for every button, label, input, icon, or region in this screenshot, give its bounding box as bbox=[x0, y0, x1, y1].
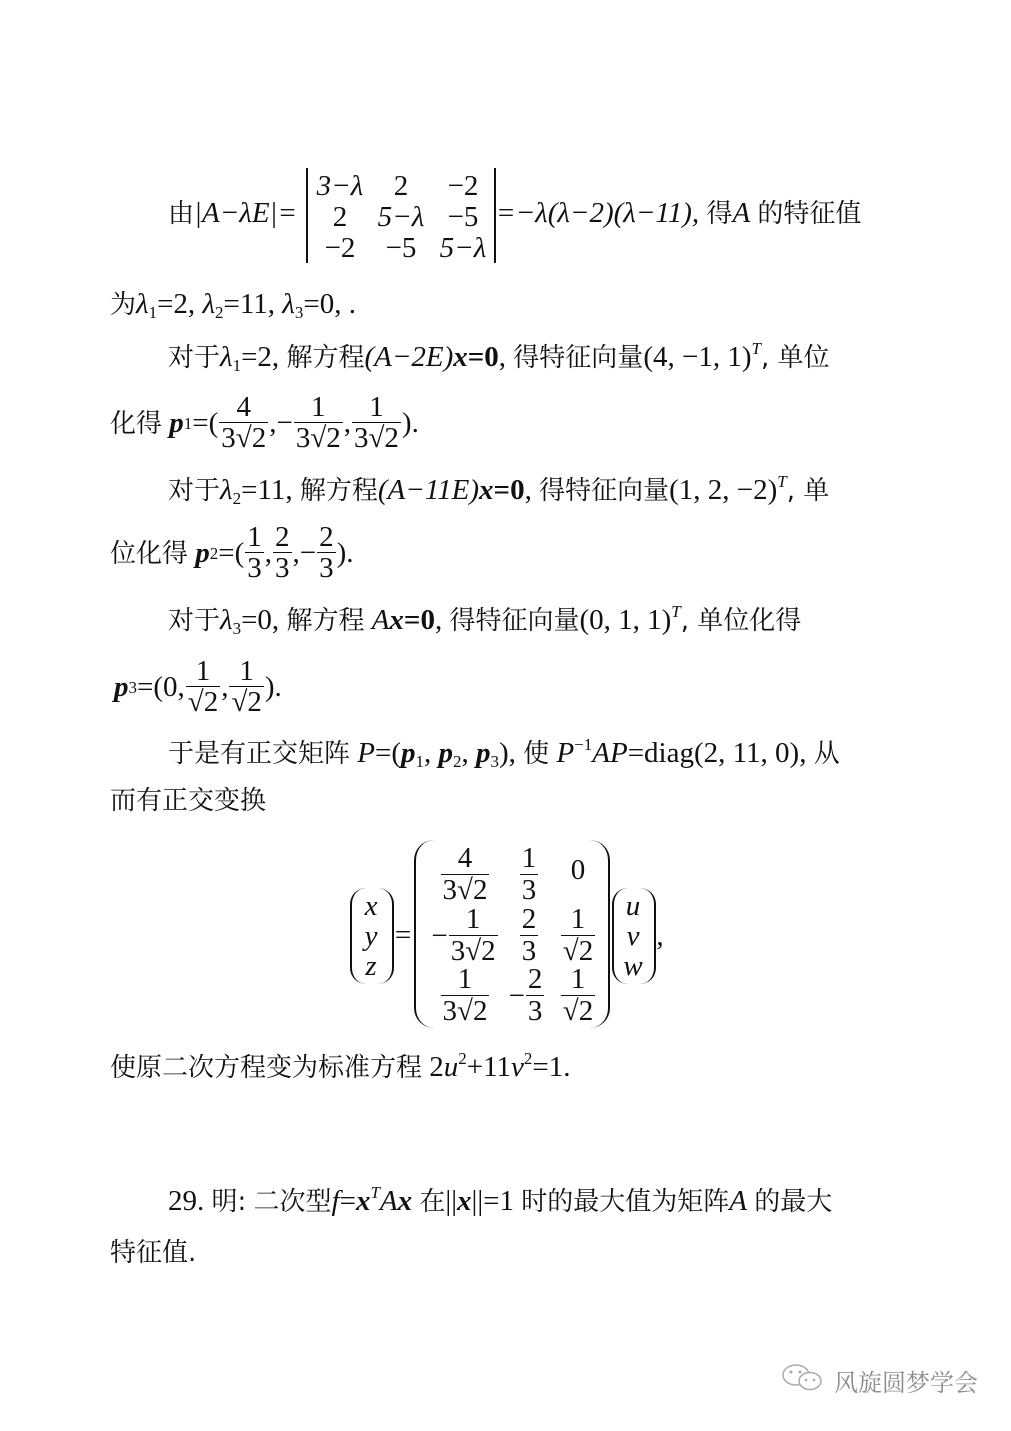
den: 3√2 bbox=[294, 422, 343, 455]
den: 3√2 bbox=[219, 422, 268, 455]
standard-eq: 2u2+11v2=1. bbox=[429, 1051, 570, 1083]
lambda: λ bbox=[282, 288, 295, 320]
den: 3 bbox=[245, 552, 264, 585]
zero: =0 bbox=[494, 474, 525, 506]
fraction: 13 bbox=[245, 522, 264, 585]
matrix-cell: 1√2 bbox=[556, 965, 600, 1027]
lead-text: 位化得 bbox=[110, 541, 188, 567]
lead-text: 化得 bbox=[110, 411, 162, 437]
lead-text: 对于 bbox=[168, 606, 220, 636]
eq: =0, bbox=[241, 604, 279, 636]
num: 4 bbox=[234, 392, 253, 422]
text: 二次型 bbox=[254, 1187, 332, 1217]
num: 1 bbox=[194, 656, 213, 686]
problem-29: 29. 明: 二次型f=xTAx 在||x||=1 时的最大值为矩阵A 的最大 bbox=[168, 1184, 832, 1216]
lhs-y: y bbox=[358, 922, 384, 950]
sub: 3 bbox=[129, 679, 138, 696]
det-cell: −5 bbox=[366, 232, 436, 265]
num: 1 bbox=[309, 392, 328, 422]
orthogonal-line2: 而有正交变换 bbox=[110, 788, 266, 814]
lhs-z: z bbox=[358, 952, 384, 980]
matrix-cell: 1√2 bbox=[556, 905, 600, 967]
system: A bbox=[372, 604, 390, 636]
var-a: A bbox=[729, 1185, 747, 1217]
fraction: 1√2 bbox=[186, 656, 220, 719]
matrix-cell: 13√2 bbox=[425, 965, 505, 1027]
eigenvector: (1, 2, −2) bbox=[669, 474, 777, 506]
solve-text: 解方程 bbox=[286, 606, 364, 636]
fraction: 1√2 bbox=[229, 656, 263, 719]
det-cell: 5−λ bbox=[366, 201, 436, 234]
fraction: 23 bbox=[317, 522, 336, 585]
den: √2 bbox=[229, 686, 263, 719]
det-cell: 2 bbox=[366, 170, 436, 203]
value: =11, bbox=[224, 288, 283, 320]
x-vec: x bbox=[453, 341, 468, 373]
lead-text: 对于 bbox=[168, 343, 220, 373]
p1-line: 化得 p1=( 43√2,−13√2,13√2). bbox=[110, 392, 419, 455]
value: =0, . bbox=[303, 288, 356, 320]
standard-text: 使原二次方程变为标准方程 bbox=[110, 1053, 422, 1083]
system: (A−2E) bbox=[364, 341, 453, 373]
sub: 1 bbox=[233, 356, 242, 375]
transpose: T bbox=[777, 472, 786, 491]
got-text: 得特征向量 bbox=[513, 343, 643, 373]
AP: AP bbox=[592, 737, 627, 769]
den: 3 bbox=[273, 552, 292, 585]
det-label: |A−λE|= bbox=[194, 197, 297, 229]
fraction: 13√2 bbox=[352, 392, 401, 455]
rhs-v: v bbox=[620, 922, 646, 950]
den: 3√2 bbox=[352, 422, 401, 455]
det-cell: −5 bbox=[428, 201, 498, 234]
problem-label: 明: bbox=[212, 1187, 247, 1217]
num: 2 bbox=[317, 522, 336, 552]
det-cell: 5−λ bbox=[428, 232, 498, 265]
x-vec: x bbox=[389, 604, 404, 636]
sub: 1 bbox=[184, 415, 193, 432]
p-vec: p bbox=[114, 673, 129, 702]
fraction: 43√2 bbox=[219, 392, 268, 455]
eigenvector: (0, 1, 1) bbox=[579, 604, 671, 636]
lead-text: 对于 bbox=[168, 476, 220, 506]
sub: 3 bbox=[233, 619, 242, 638]
got-text: 得特征向量 bbox=[449, 606, 579, 636]
matrix-cell: 13 bbox=[510, 845, 548, 905]
matrix-cell: 0 bbox=[556, 845, 600, 895]
lambda: λ bbox=[136, 288, 149, 320]
p-vec: p bbox=[169, 409, 184, 438]
transpose: T bbox=[671, 602, 680, 621]
lambda: λ bbox=[202, 288, 215, 320]
eq: =11, bbox=[241, 474, 293, 506]
lambda: λ bbox=[220, 341, 233, 373]
prefix-text: 为 bbox=[110, 290, 136, 320]
inv: −1 bbox=[574, 735, 592, 754]
first: (0, bbox=[153, 673, 184, 702]
lambda: λ bbox=[220, 474, 233, 506]
den: √2 bbox=[186, 686, 220, 719]
suffix-end: 的特征值 bbox=[757, 199, 861, 229]
tail: , 单位化得 bbox=[681, 606, 802, 636]
p3-line: p3=(0, 1√2,1√2). bbox=[114, 656, 282, 719]
lambda: λ bbox=[220, 604, 233, 636]
system: (A−11E) bbox=[378, 474, 479, 506]
sign: − bbox=[300, 539, 316, 568]
p2-line: 位化得 p2=( 13,23,−23). bbox=[110, 522, 354, 585]
lead-text: 于是有正交矩阵 bbox=[168, 739, 350, 769]
char-poly: =−λ(λ−2)(λ−11), bbox=[496, 197, 699, 229]
tail: 从 bbox=[814, 739, 840, 769]
matrix-cell: −13√2 bbox=[420, 905, 510, 967]
den: 3 bbox=[317, 552, 336, 585]
matrix-cell: −23 bbox=[502, 965, 552, 1027]
text: 时的最大值为矩阵 bbox=[521, 1187, 729, 1217]
matrix-cell: 43√2 bbox=[425, 845, 505, 905]
transpose: T bbox=[370, 1183, 379, 1202]
tail: , 单 bbox=[787, 476, 830, 506]
det-result: =−λ(λ−2)(λ−11), 得A 的特征值 bbox=[496, 199, 861, 228]
diag: =diag(2, 11, 0), bbox=[628, 737, 807, 769]
sub: 2 bbox=[215, 303, 224, 322]
text: 的最大 bbox=[754, 1187, 832, 1217]
watermark: 风旋圆梦学会 bbox=[780, 1362, 978, 1399]
num: 1 bbox=[245, 522, 264, 552]
problem-29-line2: 特征值. bbox=[110, 1240, 196, 1266]
rhs-u: u bbox=[620, 892, 646, 920]
sign: − bbox=[276, 409, 292, 438]
det-cell: 2 bbox=[305, 201, 375, 234]
fraction: 23 bbox=[273, 522, 292, 585]
suffix-text: 得 bbox=[706, 199, 732, 229]
lambda3-paragraph: 对于λ3=0, 解方程 Ax=0, 得特征向量(0, 1, 1)T, 单位化得 bbox=[168, 603, 801, 637]
transpose: T bbox=[751, 339, 760, 358]
x-vec: x bbox=[479, 474, 494, 506]
tail: , 单位 bbox=[761, 343, 830, 373]
wechat-icon bbox=[780, 1362, 826, 1399]
num: 1 bbox=[237, 656, 256, 686]
zero: =0 bbox=[404, 604, 435, 636]
var-a: A bbox=[732, 197, 750, 229]
solve-text: 解方程 bbox=[286, 343, 364, 373]
num: 2 bbox=[273, 522, 292, 552]
sub: 2 bbox=[210, 545, 219, 562]
zero: =0 bbox=[468, 341, 499, 373]
equals: = bbox=[393, 920, 413, 950]
eigenvector: (4, −1, 1) bbox=[643, 341, 751, 373]
watermark-label: 风旋圆梦学会 bbox=[834, 1363, 978, 1398]
det-cell: −2 bbox=[428, 170, 498, 203]
det-cell: −2 bbox=[305, 232, 375, 265]
got-text: 得特征向量 bbox=[539, 476, 669, 506]
lambda1-paragraph: 对于λ1=2, 解方程(A−2E)x=0, 得特征向量(4, −1, 1)T, … bbox=[168, 340, 829, 374]
solve-text: 解方程 bbox=[300, 476, 378, 506]
det-cell: 3−λ bbox=[305, 170, 375, 203]
fraction: 13√2 bbox=[294, 392, 343, 455]
prefix-text: 由 bbox=[168, 199, 194, 229]
sub: 1 bbox=[149, 303, 158, 322]
value: =2, bbox=[157, 288, 202, 320]
lambda2-paragraph: 对于λ2=11, 解方程(A−11E)x=0, 得特征向量(1, 2, −2)T… bbox=[168, 473, 829, 507]
sub: 2 bbox=[233, 489, 242, 508]
standard-form-line: 使原二次方程变为标准方程 2u2+11v2=1. bbox=[110, 1050, 571, 1082]
problem-number: 29. bbox=[168, 1185, 204, 1217]
det-line: 由|A−λE|= bbox=[168, 199, 297, 228]
use-text: 使 bbox=[523, 739, 549, 769]
P: P bbox=[556, 737, 574, 769]
eq: =2, bbox=[241, 341, 279, 373]
eigenvalues-line: 为λ1=2, λ2=11, λ3=0, . bbox=[110, 290, 356, 321]
num: 1 bbox=[367, 392, 386, 422]
comma: , bbox=[654, 922, 666, 950]
p-vec: p bbox=[195, 539, 210, 568]
rhs-w: w bbox=[620, 952, 646, 980]
P: P bbox=[357, 737, 375, 769]
orthogonal-paragraph: 于是有正交矩阵 P=(p1, p2, p3), 使 P−1AP=diag(2, … bbox=[168, 736, 840, 770]
lhs-x: x bbox=[358, 892, 384, 920]
matrix-cell: 23 bbox=[510, 905, 548, 967]
